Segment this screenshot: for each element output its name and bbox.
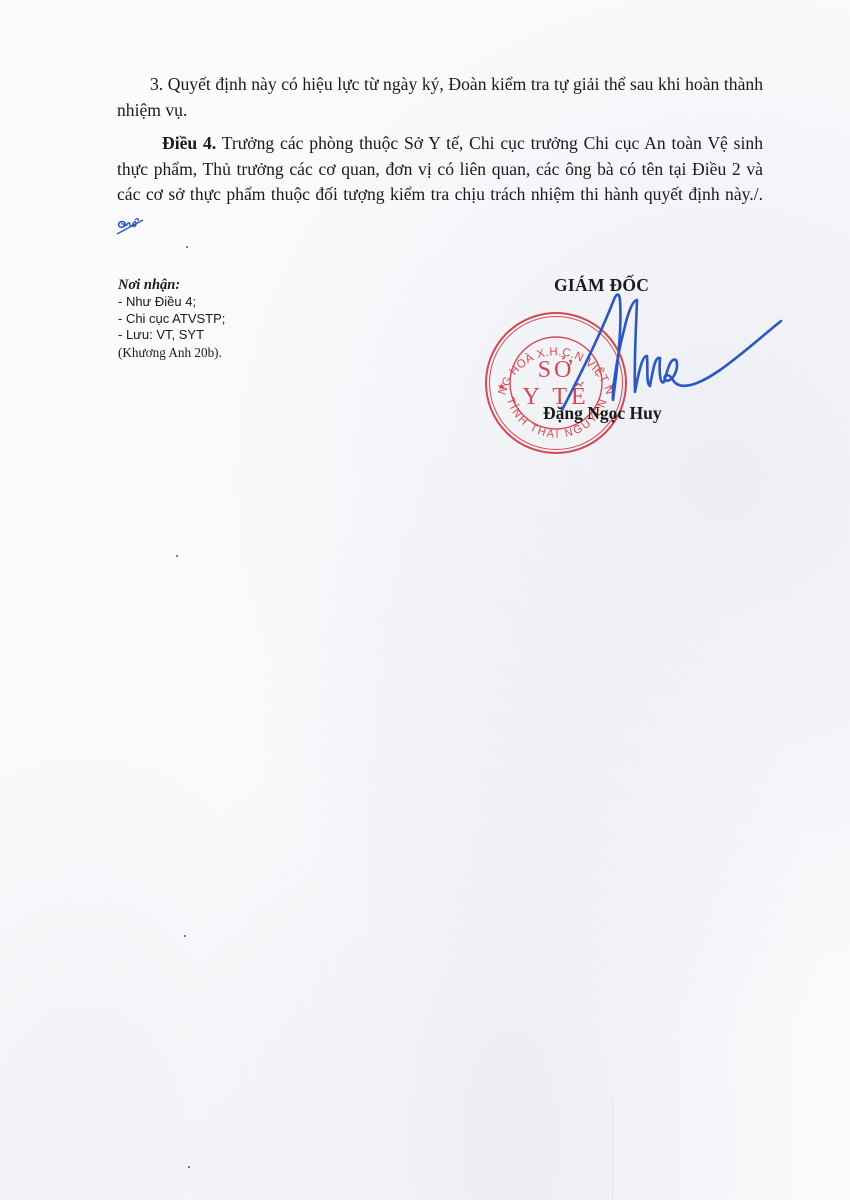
scan-speck [188, 1166, 190, 1168]
recipient-item: - Như Điều 4; [118, 294, 225, 311]
recipients-title: Nơi nhận: [118, 276, 225, 294]
svg-text:★: ★ [608, 382, 617, 393]
recipient-item: - Chi cục ATVSTP; [118, 311, 225, 328]
scan-speck [176, 555, 178, 557]
document-body: 3. Quyết định này có hiệu lực từ ngày ký… [117, 72, 763, 236]
signer-title: GIÁM ĐỐC [554, 275, 649, 296]
scan-speck [186, 246, 188, 248]
svg-text:★: ★ [497, 382, 506, 393]
recipients-block: Nơi nhận: - Như Điều 4; - Chi cục ATVSTP… [118, 276, 225, 361]
official-seal-icon: CỘNG HOÀ X.H.C.N VIỆT NAM TỈNH THÁI NGUY… [484, 311, 628, 455]
signer-name: Đặng Ngọc Huy [543, 403, 662, 424]
paragraph-3: 3. Quyết định này có hiệu lực từ ngày ký… [117, 72, 763, 123]
scan-speck [184, 935, 186, 937]
recipient-item: - Lưu: VT, SYT [118, 327, 225, 344]
paper-fold-line [612, 1100, 613, 1200]
svg-text:SỞ: SỞ [538, 357, 575, 383]
paraph-initials-icon [115, 214, 147, 236]
recipients-note: (Khương Anh 20b). [118, 344, 225, 361]
article-4-label: Điều 4. [162, 133, 216, 153]
article-4: Điều 4. Trưởng các phòng thuộc Sở Y tế, … [117, 131, 763, 236]
